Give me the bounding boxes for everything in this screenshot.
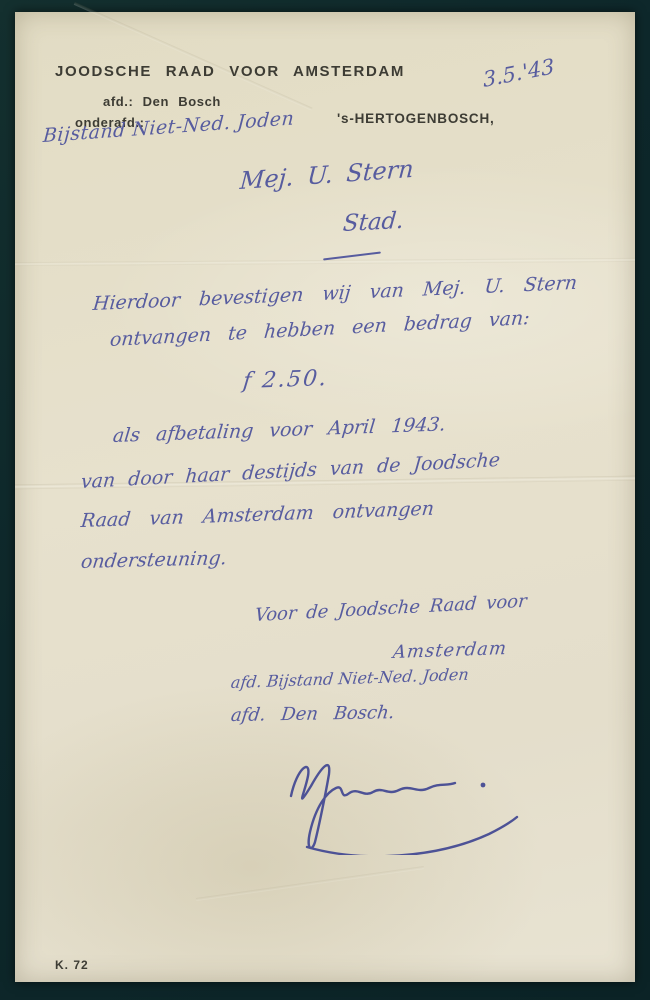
handwritten-subdepartment-value: Bijstand Niet-Ned. Joden <box>42 107 295 147</box>
handwritten-date: 3.5.'43 <box>482 54 555 92</box>
letterhead-department: afd.: Den Bosch <box>103 94 221 109</box>
addressee-city: Stad. <box>342 208 405 237</box>
photo-background: JOODSCHE RAAD VOOR AMSTERDAM afd.: Den B… <box>0 0 650 1000</box>
body-line-3: als afbetaling voor April 1943. <box>112 413 447 447</box>
letterhead-city: 's-HERTOGENBOSCH, <box>337 111 495 126</box>
paper-crease <box>196 866 424 901</box>
addressee-name: Mej. U. Stern <box>239 155 415 195</box>
closing-line-3: afd. Bijstand Niet-Ned. Joden <box>230 665 470 692</box>
body-line-6: ondersteuning. <box>80 547 228 573</box>
body-line-4: van door haar destijds van de Joodsche <box>80 449 501 493</box>
body-line-2: ontvangen te hebben een bedrag van: <box>109 307 531 351</box>
closing-line-1: Voor de Joodsche Raad voor <box>254 591 528 626</box>
amount-received: f 2.50. <box>242 366 330 394</box>
body-line-5: Raad van Amsterdam ontvangen <box>80 498 435 532</box>
letterhead-organization: JOODSCHE RAAD VOOR AMSTERDAM <box>55 63 405 80</box>
handwritten-signature-scribble <box>277 750 577 855</box>
closing-line-2: Amsterdam <box>392 638 508 663</box>
letter-paper: JOODSCHE RAAD VOOR AMSTERDAM afd.: Den B… <box>15 12 635 982</box>
closing-line-4: afd. Den Bosch. <box>230 702 396 726</box>
form-number: K. 72 <box>55 958 89 972</box>
